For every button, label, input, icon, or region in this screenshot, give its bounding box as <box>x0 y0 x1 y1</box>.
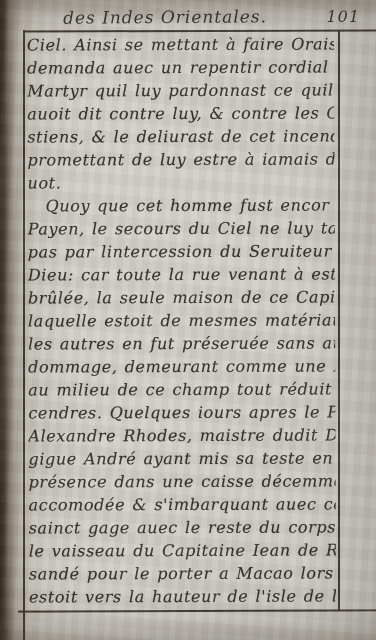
frame-rule-right <box>338 30 340 611</box>
manuscript-photo: des Indes Orientales. 101 Ciel. Ainsi se… <box>0 0 376 640</box>
manuscript-line: au milieu de ce champ tout réduit en <box>28 377 335 401</box>
manuscript-line: Alexandre Rhodes, maistre dudit Do- <box>28 423 335 447</box>
manuscript-line: dommage, demeurant comme une Isle <box>28 354 335 378</box>
manuscript-line: estoit vers la hauteur de l'isle de la C… <box>29 584 336 608</box>
frame-rule-left <box>23 30 25 640</box>
manuscript-line: auoit dit contre luy, & contre les Chré- <box>27 101 334 125</box>
manuscript-line: Ciel. Ainsi se mettant à faire Oraison <box>27 32 334 56</box>
manuscript-line: laquelle estoit de mesmes matériaux que <box>28 308 335 332</box>
manuscript-line: le vaisseau du Capitaine Iean de Re- <box>29 538 336 562</box>
manuscript-line: uot. <box>27 170 334 194</box>
manuscript-line: demanda auec un repentir cordial au <box>27 55 334 79</box>
manuscript-line: Quoy que cet homme fust encor <box>28 193 335 217</box>
manuscript-line: stiens, & le deliurast de cet incendie <box>27 124 334 148</box>
manuscript-line: Martyr quil luy pardonnast ce quil <box>27 78 334 102</box>
manuscript-line: présence dans une caisse décemment <box>29 469 336 493</box>
manuscript-text: Ciel. Ainsi se mettant à faire Oraison d… <box>27 32 336 609</box>
page-header: des Indes Orientales. 101 <box>0 6 376 32</box>
manuscript-line: Dieu: car toute la rue venant à estre <box>28 262 335 286</box>
page-title: des Indes Orientales. <box>0 7 330 29</box>
manuscript-line: accomodée & s'imbarquant auec ce <box>29 492 336 516</box>
manuscript-line: les autres en fut préseruée sans aucun <box>28 331 335 355</box>
manuscript-line: gigue André ayant mis sa teste en ma <box>28 446 335 470</box>
frame-rule-bottom <box>18 609 376 612</box>
manuscript-line: sainct gage auec le reste du corps dans <box>29 515 336 539</box>
manuscript-line: cendres. Quelques iours apres le P. <box>28 400 335 424</box>
manuscript-line: Payen, le secours du Ciel ne luy tarda <box>28 216 335 240</box>
page-number: 101 <box>326 7 360 26</box>
manuscript-line: pas par lintercession du Seruiteur de <box>28 239 335 263</box>
manuscript-line: sandé pour le porter a Macao lors qu'il <box>29 561 336 585</box>
manuscript-line: promettant de luy estre à iamais de- <box>27 147 334 171</box>
manuscript-line: brûlée, la seule maison de ce Capitaine <box>28 285 335 309</box>
